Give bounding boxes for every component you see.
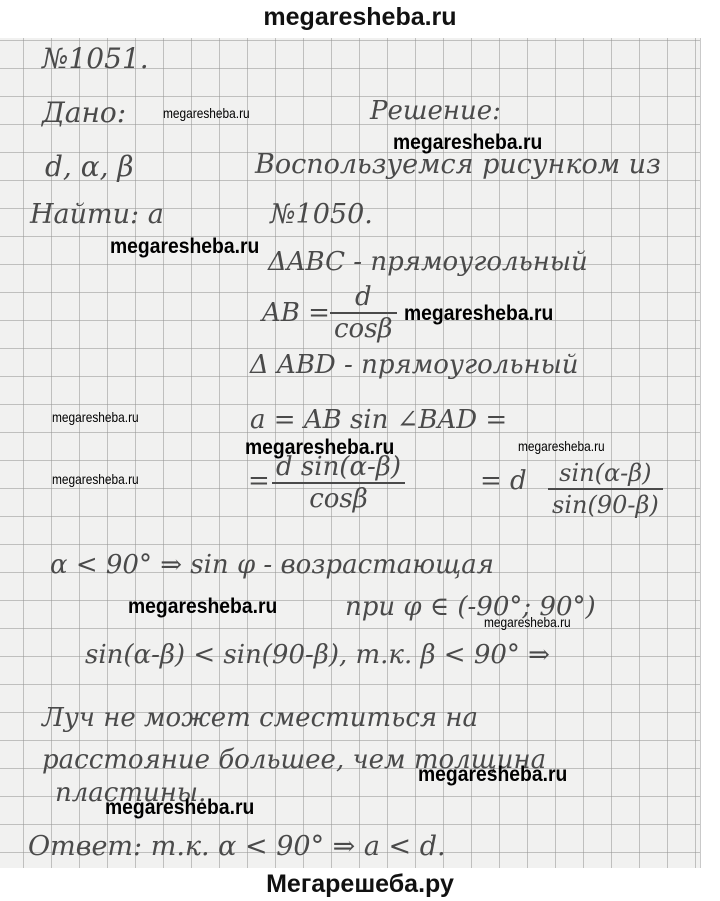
ab-denominator: cosβ <box>330 314 397 344</box>
site-footer-watermark: Мегарешеба.ру <box>0 868 720 901</box>
a-expression: a = AB sin ∠BAD = <box>250 405 507 435</box>
site-header-watermark: megaresheba.ru <box>0 0 720 38</box>
answer-line: Ответ: т.к. α < 90° ⇒ a < d. <box>28 832 446 862</box>
find-label: Найти: a <box>30 200 164 230</box>
solution-label: Решение: <box>370 96 501 126</box>
ab-fraction: d cosβ <box>330 282 397 344</box>
fraction-2-numerator: sin(α-β) <box>548 458 663 490</box>
inequality-line: sin(α-β) < sin(90-β), т.к. β < 90° ⇒ <box>85 640 550 670</box>
watermark: megaresheba.ru <box>52 471 139 487</box>
watermark: megaresheba.ru <box>105 796 254 820</box>
fraction-1-denominator: cosβ <box>272 484 405 514</box>
condition-line-1: α < 90° ⇒ sin φ - возрастающая <box>50 550 494 580</box>
watermark: megaresheba.ru <box>404 302 553 326</box>
watermark: megaresheba.ru <box>518 438 605 454</box>
ab-lhs: AB = <box>262 298 330 328</box>
abd-right-triangle: Δ ABD - прямоугольный <box>250 350 579 380</box>
eq-mid: = d <box>480 466 527 496</box>
conclusion-line-1: Луч не может сместиться на <box>42 703 478 733</box>
watermark: megaresheba.ru <box>52 409 139 425</box>
given-values: d, α, β <box>45 152 134 182</box>
watermark: megaresheba.ru <box>110 235 259 259</box>
fraction-1: d sin(α-β) cosβ <box>272 452 405 514</box>
watermark: megaresheba.ru <box>393 131 542 155</box>
fraction-2: sin(α-β) sin(90-β) <box>548 458 663 520</box>
watermark: megaresheba.ru <box>484 614 571 630</box>
abc-right-triangle: ΔABC - прямоугольный <box>268 247 588 277</box>
watermark: megaresheba.ru <box>128 595 277 619</box>
watermark: megaresheba.ru <box>163 105 250 121</box>
ab-numerator: d <box>330 282 397 314</box>
solution-intro-2: №1050. <box>270 200 373 230</box>
watermark: megaresheba.ru <box>418 763 567 787</box>
problem-number: №1051. <box>42 44 149 74</box>
watermark: megaresheba.ru <box>245 436 394 460</box>
fraction-2-denominator: sin(90-β) <box>548 490 663 520</box>
given-label: Дано: <box>42 98 126 128</box>
eq-prefix: = <box>248 466 270 496</box>
